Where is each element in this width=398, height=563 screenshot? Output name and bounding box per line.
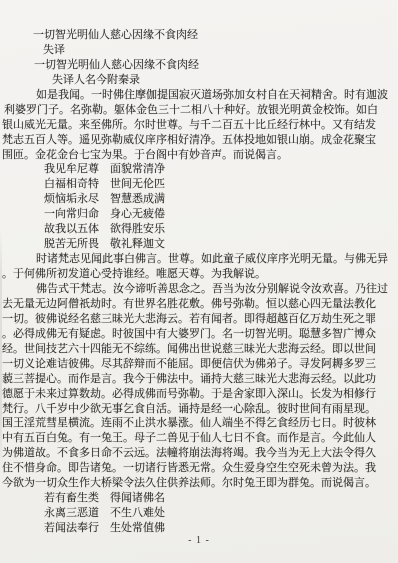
page-number: - 1 -: [0, 535, 398, 546]
text-line: 烦恼垢永尽 智慧悉成满: [44, 193, 165, 206]
text-line: 梵行。八千岁中少欲无事乞食自活。诵持是经一心除乱。彼时世间有雨星现。: [2, 403, 376, 416]
text-line: 藐三菩提心。而作是言。我今于佛法中。诵持大慈三昧光大悲海云经。以此功: [2, 373, 376, 386]
text-line: 一切。彼佛说经名慈三昧光大悲海云。若有闻者。即得超越百亿万劫生死之罪: [2, 313, 376, 326]
text-line: 一切智光明仙人慈心因缘不食肉经: [33, 29, 198, 42]
text-line: 一切智光明仙人慈心因缘不食肉经: [34, 59, 199, 72]
text-line: 。必得成佛无有疑虑。时彼国中有大婆罗门。名一切智光明。聪慧多智广博众: [2, 328, 376, 341]
text-line: 住不惜身命。即告诸兔。一切诸行皆悉无常。众生爱身空生空死未曾为法。我: [2, 462, 376, 475]
text-line: 佛告式干梵志。汝今谛听善思念之。吾当为汝分别解说令汝欢喜。乃往过: [36, 283, 388, 296]
text-line: 永离三恶道 不生八难处: [44, 507, 165, 520]
text-block: 一切智光明仙人慈心因缘不食肉经失译一切智光明仙人慈心因缘不食肉经失译人名今附秦录…: [0, 0, 398, 563]
text-line: 若有畜生类 得闻诸佛名: [44, 492, 165, 505]
text-line: 经。世间技艺六十四能无不综练。闻佛出世说慈三昧光大悲海云经。即以世间: [2, 343, 376, 356]
text-line: 德愿于未来过算数劫。必得成佛而号弥勒。于是舍家即入深山。长发为相修行: [2, 388, 376, 401]
text-line: 一向常归命 身心无疲倦: [44, 208, 165, 221]
text-line: 一切义论难诘彼佛。尽其辞辩而不能屈。即便信伏为佛弟子。寻发阿耨多罗三: [2, 358, 376, 371]
text-line: 脱苦无所畏 敬礼释迦文: [44, 238, 165, 251]
text-line: 中有五百白兔。有一兔王。母子二兽见于仙人七日不食。而作是言。今此仙人: [2, 432, 376, 445]
text-line: 围匝。金花金台七宝为果。于台阁中有妙音声。而说偈言。: [2, 149, 288, 162]
text-line: 国王淫荒彗星横流。连雨不止洪水暴涨。仙人端坐不得乞食经历七日。时彼林: [2, 417, 376, 430]
text-line: 利婆罗门子。名弥勒。躯体金色三十二相八十种好。放银光明黄金校饰。如白: [4, 104, 378, 117]
text-line: 为佛道故。不食多日命不云远。法幢将崩法海将竭。我今当为无上大法令得久: [2, 447, 376, 460]
text-line: 银山威光无量。来至佛所。尔时世尊。与千二百五十比丘经行林中。又有结发: [2, 119, 376, 132]
text-line: 失译人名今附秦录: [52, 74, 140, 87]
text-line: 梵志五百人等。遥见弥勒威仪庠序相好清净。五体投地如银山崩。成金花聚宝: [2, 134, 376, 147]
text-line: 。于何佛所初发道心受持谁经。唯愿天尊。为我解说。: [2, 268, 266, 281]
text-line: 故我以五体 欲得胜安乐: [44, 223, 165, 236]
text-line: 白福相奇特 世间无伦匹: [44, 178, 165, 191]
text-line: 若闻法奉行 生处常值佛: [44, 522, 165, 535]
text-line: 失译: [43, 44, 65, 57]
text-line: 我见牟尼尊 面貌常清净: [44, 163, 165, 176]
text-line: 今欲为一切众生作大桥梁令法久住供养法师。尔时兔王即为群兔。而说偈言。: [2, 477, 376, 490]
text-line: 时诸梵志见闻此事白佛言。世尊。如此童子威仪庠序光明无量。与佛无异: [36, 253, 388, 266]
document-page: 一切智光明仙人慈心因缘不食肉经失译一切智光明仙人慈心因缘不食肉经失译人名今附秦录…: [0, 0, 398, 563]
text-line: 如是我闻。一时佛住摩伽提国寂灭道场弥加女村自在天祠精舍。时有迦波: [36, 89, 388, 102]
text-line: 去无量无边阿僧祇劫时。有世界名胜花敷。佛号弥勒。恒以慈心四无量法教化: [2, 298, 376, 311]
